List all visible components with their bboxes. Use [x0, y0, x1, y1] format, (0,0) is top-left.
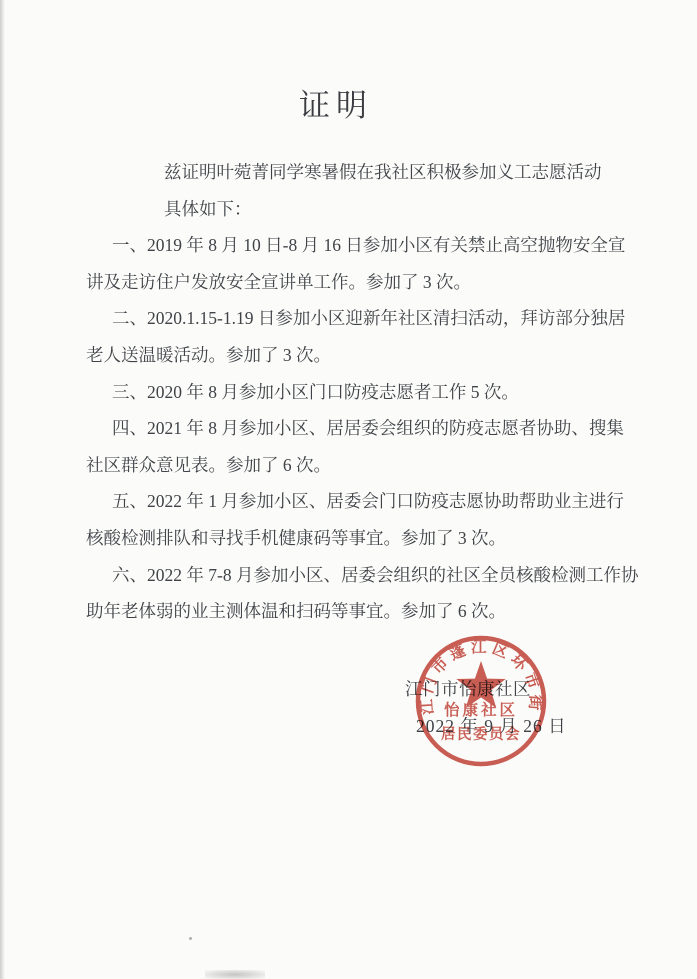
seal-ring	[418, 638, 544, 764]
intro-line: 兹证明叶菀菁同学寒暑假在我社区积极参加义工志愿活动	[86, 154, 616, 191]
item-3-line: 三、2020 年 8 月参加小区门口防疫志愿者工作 5 次。	[86, 374, 616, 411]
document-body: 兹证明叶菀菁同学寒暑假在我社区积极参加义工志愿活动 具体如下： 一、2019 年…	[86, 154, 616, 630]
item-1-line: 一、2019 年 8 月 10 日-8 月 16 日参加小区有关禁止高空抛物安全…	[86, 227, 616, 264]
item-5-line: 五、2022 年 1 月参加小区、居委会门口防疫志愿协助帮助业主进行	[86, 483, 616, 520]
item-6-line: 六、2022 年 7-8 月参加小区、居委会组织的社区全员核酸检测工作协	[86, 557, 616, 594]
item-2-line: 二、2020.1.15-1.19 日参加小区迎新年社区清扫活动，拜访部分独居	[86, 300, 616, 337]
official-seal: 江门市蓬江区环市街 怡康社区 居民委员会	[411, 631, 551, 771]
intro-line: 具体如下：	[86, 191, 616, 228]
document-title: 证明	[299, 80, 373, 125]
scan-artifact-speck	[189, 937, 192, 940]
item-6-line: 助年老体弱的业主测体温和扫码等事宜。参加了 6 次。	[86, 593, 616, 630]
scan-edge-shadow	[0, 0, 5, 979]
seal-inner-line2: 居民委员会	[441, 725, 521, 743]
item-2-line: 老人送温暖活动。参加了 3 次。	[86, 337, 616, 374]
star-icon	[456, 661, 505, 708]
scanned-certificate-page: 证明 兹证明叶菀菁同学寒暑假在我社区积极参加义工志愿活动 具体如下： 一、201…	[0, 0, 697, 979]
seal-inner-line1: 怡康社区	[444, 700, 518, 719]
item-4-line: 社区群众意见表。参加了 6 次。	[86, 447, 616, 484]
scan-artifact-smudge	[205, 970, 265, 979]
item-5-line: 核酸检测排队和寻找手机健康码等事宜。参加了 3 次。	[86, 520, 616, 557]
item-1-line: 讲及走访住户发放安全宣讲单工作。参加了 3 次。	[86, 264, 616, 301]
item-4-line: 四、2021 年 8 月参加小区、居居委会组织的防疫志愿者协助、搜集	[86, 410, 616, 447]
